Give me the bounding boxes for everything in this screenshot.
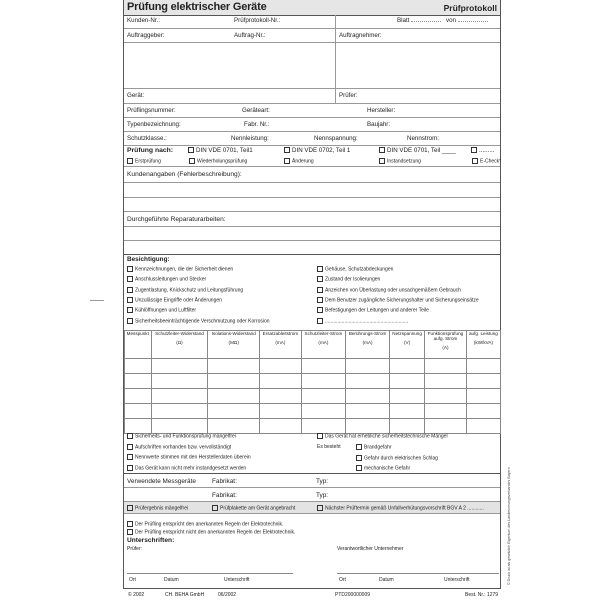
nennleistung-field[interactable]: Nennleistung: — [231, 135, 269, 142]
table-cell[interactable] — [301, 389, 345, 404]
footer-order: Best. Nr.: 1279 — [465, 592, 498, 598]
pruefling-nr-field[interactable]: Prüflingsnummer: — [127, 107, 176, 114]
nennstrom-field[interactable]: Nennstrom: — [407, 135, 439, 142]
besichtigung.right-checkbox[interactable]: Gehäuse, Schutzabdeckungen — [317, 266, 393, 272]
table-cell[interactable] — [208, 359, 260, 374]
final-check[interactable]: Nächster Prüftermin gemäß Unfallverhütun… — [317, 505, 484, 511]
signature-line-pruefer[interactable] — [127, 573, 293, 574]
geraeteart-field[interactable]: Geräteart: — [242, 107, 270, 114]
row-kunden: Kunden-Nr.: Prüfprotokoll-Nr.: Blatt von — [124, 15, 500, 29]
besichtigung.right-checkbox[interactable]: Dem Benutzer zugängliche Sicherungshalte… — [317, 297, 479, 303]
result.left-checkbox[interactable]: Nennwerte stimmen mit den Herstellerdate… — [127, 454, 251, 460]
table-cell[interactable] — [151, 419, 208, 434]
protokoll-nr-field[interactable]: Prüfprotokoll-Nr.: — [234, 17, 280, 24]
column-header: Netzspannung(V) — [390, 331, 425, 359]
result.gefahren-checkbox[interactable]: Brandgefahr — [356, 444, 392, 450]
footer-company: CH. BEHA GmbH — [165, 592, 204, 598]
checkbox-icon — [127, 318, 133, 324]
reparatur-line[interactable] — [124, 241, 500, 255]
reparatur-label: Durchgeführte Reparaturarbeiten: — [127, 216, 226, 223]
von-label: von — [446, 17, 456, 24]
datum-label: Datum — [379, 577, 394, 583]
side-note: © Druck ist als gesetzlich Eigentum des … — [507, 455, 511, 585]
unterschrift-label: Unterschrift — [444, 577, 470, 583]
norm-checkbox[interactable]: ......... — [471, 147, 494, 154]
besichtigung.left-checkbox[interactable]: Kennzeichnungen, die der Sicherheit dien… — [127, 266, 233, 272]
footer-code: PTD200000009 — [335, 592, 370, 598]
table-cell[interactable] — [466, 359, 500, 374]
final-checks-band: Prüfergebnis mängelfrei Prüfplakette am … — [124, 502, 500, 514]
table-cell[interactable] — [125, 374, 152, 389]
besichtigung.right-checkbox[interactable]: Befestigungen der Leitungen und anderer … — [317, 307, 429, 313]
checkbox-icon — [127, 465, 133, 471]
table-row — [125, 389, 501, 404]
table-cell[interactable] — [425, 404, 467, 419]
kundenangaben-line[interactable] — [124, 183, 500, 198]
ort-label: Ort — [129, 577, 136, 583]
final-check[interactable]: Prüfergebnis mängelfrei — [127, 505, 188, 511]
footer-copyright: © 2002 — [128, 592, 144, 598]
checkbox-icon — [379, 158, 385, 164]
kundenangaben-line[interactable] — [124, 198, 500, 212]
margin-mark — [90, 300, 104, 301]
checkbox-icon — [317, 318, 323, 324]
table-cell[interactable] — [151, 389, 208, 404]
table-cell[interactable] — [425, 419, 467, 434]
column-header: Schutzleiter-Strom(mA) — [301, 331, 345, 359]
checkbox-icon — [188, 147, 194, 153]
table-row — [125, 419, 501, 434]
pruefung-label: Prüfung nach: — [127, 147, 173, 154]
measurement-table: MesspunktSchutzleiter-Widerstand(Ω)Isola… — [124, 330, 501, 434]
table-cell[interactable] — [208, 389, 260, 404]
checkbox-icon — [127, 529, 133, 535]
row-typ: Typenbezeichnung: Fabr. Nr.: Baujahr: — [124, 118, 500, 132]
table-cell[interactable] — [208, 419, 260, 434]
table-cell[interactable] — [390, 374, 425, 389]
checkbox-icon — [127, 505, 133, 511]
type-checkbox[interactable]: Änderung — [284, 158, 314, 164]
blatt-label: Blatt — [397, 17, 409, 24]
unterschrift-label: Unterschrift — [224, 577, 250, 583]
kundenangaben-label: Kundenangaben (Fehlerbeschreibung): — [127, 171, 242, 178]
checkbox-icon — [317, 266, 323, 272]
besichtigung.right-checkbox[interactable]: ........................................… — [317, 318, 408, 324]
column-header: Ersatzableitstrom(mA) — [260, 331, 302, 359]
table-cell[interactable] — [425, 389, 467, 404]
checkbox-icon — [127, 433, 133, 439]
ort-label: Ort — [339, 577, 346, 583]
result.left-checkbox[interactable]: Sicherheits- und Funktionsprüfung mängel… — [127, 433, 236, 439]
table-cell[interactable] — [208, 374, 260, 389]
typ-field[interactable]: Typ: — [316, 492, 328, 499]
messgeraete-row: Verwendete Messgeräte Fabrikat: Typ: — [124, 474, 500, 488]
table-cell[interactable] — [125, 419, 152, 434]
table-cell[interactable] — [301, 404, 345, 419]
fabr-nr-field[interactable]: Fabr. Nr.: — [244, 121, 269, 128]
reparatur-row: Durchgeführte Reparaturarbeiten: — [124, 212, 500, 227]
baujahr-field[interactable]: Baujahr: — [367, 121, 390, 128]
table-cell[interactable] — [151, 404, 208, 419]
column-header: Messpunkt — [125, 331, 152, 359]
checkbox-icon — [284, 147, 290, 153]
blatt-dots — [411, 21, 441, 22]
inspection-form: Prüfung elektrischer Geräte Prüfprotokol… — [123, 0, 501, 589]
checkbox-icon — [471, 147, 477, 153]
signatures-label: Unterschriften: — [127, 537, 174, 544]
type-checkbox[interactable]: Wiederholungsprüfung — [189, 158, 247, 164]
checkbox-icon — [127, 266, 133, 272]
es-besteht-label: Es besteht — [317, 444, 341, 450]
column-header: Funktionsprüfungaufg. Strom(A) — [425, 331, 467, 359]
checkbox-icon — [127, 444, 133, 450]
column-header: aufg. Leistung(kW/kVA) — [466, 331, 500, 359]
table-cell[interactable] — [260, 359, 302, 374]
table-cell[interactable] — [346, 374, 390, 389]
typ-field[interactable]: Typenbezeichnung: — [127, 121, 181, 128]
table-cell[interactable] — [208, 404, 260, 419]
nennspannung-field[interactable]: Nennspannung: — [314, 135, 358, 142]
row-geraet: Gerät: Prüfer: — [124, 89, 500, 104]
table-cell[interactable] — [346, 404, 390, 419]
table-cell[interactable] — [301, 359, 345, 374]
table-cell[interactable] — [425, 374, 467, 389]
table-row — [125, 404, 501, 419]
result.gefahren-checkbox[interactable]: Gefahr durch elektrischen Schlag — [356, 455, 438, 461]
table-cell[interactable] — [390, 404, 425, 419]
row-schutzklasse: Schutzklasse.: Nennleistung: Nennspannun… — [124, 132, 500, 146]
checkbox-icon — [127, 297, 133, 303]
table-cell[interactable] — [301, 374, 345, 389]
checkbox-icon — [127, 307, 133, 313]
table-cell[interactable] — [125, 404, 152, 419]
form-subtitle: Prüfprotokoll — [444, 3, 497, 13]
table-cell[interactable] — [151, 359, 208, 374]
table-cell[interactable] — [151, 374, 208, 389]
norm-checkbox[interactable]: DIN VDE 0702, Teil 1 — [284, 147, 350, 154]
messgeraete-row: Fabrikat: Typ: — [124, 488, 500, 502]
checkbox-icon — [212, 505, 218, 511]
blatt-field[interactable]: Blatt — [397, 17, 441, 24]
type-checkbox[interactable]: E-Check* — [472, 158, 501, 164]
besichtigung.left-checkbox[interactable]: Kühlöffnungen und Luftfilter — [127, 307, 196, 313]
norm-checkbox[interactable]: DIN VDE 0701, Teil1 — [188, 147, 253, 154]
checkbox-icon — [317, 297, 323, 303]
besichtigung.left-checkbox[interactable]: Sicherheitsbeeinträchtigende Verschmutzu… — [127, 318, 270, 324]
besichtigung.left-checkbox[interactable]: Anschlussleitungen und Stecker — [127, 276, 206, 282]
table-cell[interactable] — [346, 389, 390, 404]
table-cell[interactable] — [125, 359, 152, 374]
kunden-nr-field[interactable]: Kunden-Nr.: — [127, 17, 160, 24]
table-cell[interactable] — [260, 374, 302, 389]
checkbox-icon — [284, 158, 290, 164]
norm-checkbox[interactable]: DIN VDE 0701, Teil ____ — [379, 147, 456, 154]
checkbox-icon — [127, 287, 133, 293]
checkbox-icon — [356, 465, 362, 471]
table-row — [125, 359, 501, 374]
row-auftrag-line — [124, 29, 500, 43]
datum-label: Datum — [164, 577, 179, 583]
table-cell[interactable] — [390, 359, 425, 374]
typ-field[interactable]: Typ: — [316, 478, 328, 485]
table-cell[interactable] — [260, 389, 302, 404]
checkbox-icon — [356, 444, 362, 450]
fabrikat-field[interactable]: Fabrikat: — [212, 478, 237, 485]
checkbox-icon — [127, 276, 133, 282]
table-cell[interactable] — [260, 404, 302, 419]
table-cell[interactable] — [390, 389, 425, 404]
row-pruefung: Prüfung nach: DIN VDE 0701, Teil1 DIN VD… — [124, 146, 500, 167]
checkbox-icon — [189, 158, 195, 164]
mangel-checkbox[interactable]: Das Gerät hat erhebliche sicherheitstech… — [317, 433, 448, 439]
title-bar: Prüfung elektrischer Geräte Prüfprotokol… — [124, 0, 500, 16]
row-pruefling: Prüflingsnummer: Geräteart: Hersteller: — [124, 104, 500, 118]
checkbox-icon — [317, 433, 323, 439]
result.left-checkbox[interactable]: Aufschriften vorhanden bzw. vervollständ… — [127, 444, 231, 450]
type-checkbox[interactable]: Erstprüfung — [127, 158, 161, 164]
checkbox-icon — [127, 158, 133, 164]
final-check[interactable]: Prüfplakette am Gerät angebracht — [212, 505, 295, 511]
type-checkbox[interactable]: Instandsetzung — [379, 158, 421, 164]
conformity-yes[interactable]: Der Prüfling entspricht den anerkannten … — [127, 521, 283, 527]
column-header: Berührungs-Strom(mA) — [346, 331, 390, 359]
besichtigung.left-checkbox[interactable]: Zugentlastung, Knickschutz und Leitungsf… — [127, 287, 243, 293]
checkbox-icon — [317, 307, 323, 313]
schutzklasse-field[interactable]: Schutzklasse.: — [127, 135, 167, 142]
table-cell[interactable] — [390, 419, 425, 434]
checkbox-icon — [379, 147, 385, 153]
table-row — [125, 374, 501, 389]
result.left-checkbox[interactable]: Das Gerät kann nicht mehr instandgesetzt… — [127, 465, 246, 471]
besichtigung.right-checkbox[interactable]: Anzeichen von Überlastung oder unsachgem… — [317, 287, 461, 293]
checkbox-icon — [127, 521, 133, 527]
checkbox-icon — [127, 454, 133, 460]
table-cell[interactable] — [466, 404, 500, 419]
pruefer-field[interactable]: Prüfer: — [339, 92, 358, 99]
table-cell[interactable] — [466, 374, 500, 389]
reparatur-line[interactable] — [124, 227, 500, 241]
checkbox-icon — [472, 158, 478, 164]
table-cell[interactable] — [466, 419, 500, 434]
besichtigung.right-checkbox[interactable]: Zustand der Isolierungen — [317, 276, 380, 282]
table-cell[interactable] — [425, 359, 467, 374]
messgeraete-label: Verwendete Messgeräte — [127, 478, 196, 485]
table-cell[interactable] — [346, 359, 390, 374]
column-header: Isolations-Widerstand(MΩ) — [208, 331, 260, 359]
checkbox-icon — [317, 287, 323, 293]
checkbox-icon — [317, 276, 323, 282]
column-header: Schutzleiter-Widerstand(Ω) — [151, 331, 208, 359]
kundenangaben-row: Kundenangaben (Fehlerbeschreibung): — [124, 167, 500, 183]
besichtigung.left-checkbox[interactable]: Unzulässige Eingriffe oder Änderungen — [127, 297, 222, 303]
table-cell[interactable] — [346, 419, 390, 434]
besichtigung-label: Besichtigung: — [127, 256, 170, 263]
geraet-field[interactable]: Gerät: — [127, 92, 144, 99]
table-cell[interactable] — [301, 419, 345, 434]
signature-line-unternehmer[interactable] — [337, 573, 499, 574]
fabrikat-field[interactable]: Fabrikat: — [212, 492, 237, 499]
table-cell[interactable] — [466, 389, 500, 404]
footer-date: 06/2002 — [218, 592, 236, 598]
result.gefahren-checkbox[interactable]: mechanische Gefahr — [356, 465, 410, 471]
pruefer-sig-label: Prüfer: — [127, 546, 142, 552]
conformity-no[interactable]: Der Prüfling entspricht nicht den anerka… — [127, 529, 295, 535]
form-title: Prüfung elektrischer Geräte — [127, 1, 267, 13]
unternehmer-sig-label: Verantwortlicher Unternehmer — [337, 546, 403, 552]
von-field[interactable]: von — [446, 17, 488, 24]
table-cell[interactable] — [260, 419, 302, 434]
checkbox-icon — [317, 505, 323, 511]
checkbox-icon — [356, 455, 362, 461]
table-cell[interactable] — [125, 389, 152, 404]
hersteller-field[interactable]: Hersteller: — [367, 107, 395, 114]
von-dots — [458, 21, 488, 22]
